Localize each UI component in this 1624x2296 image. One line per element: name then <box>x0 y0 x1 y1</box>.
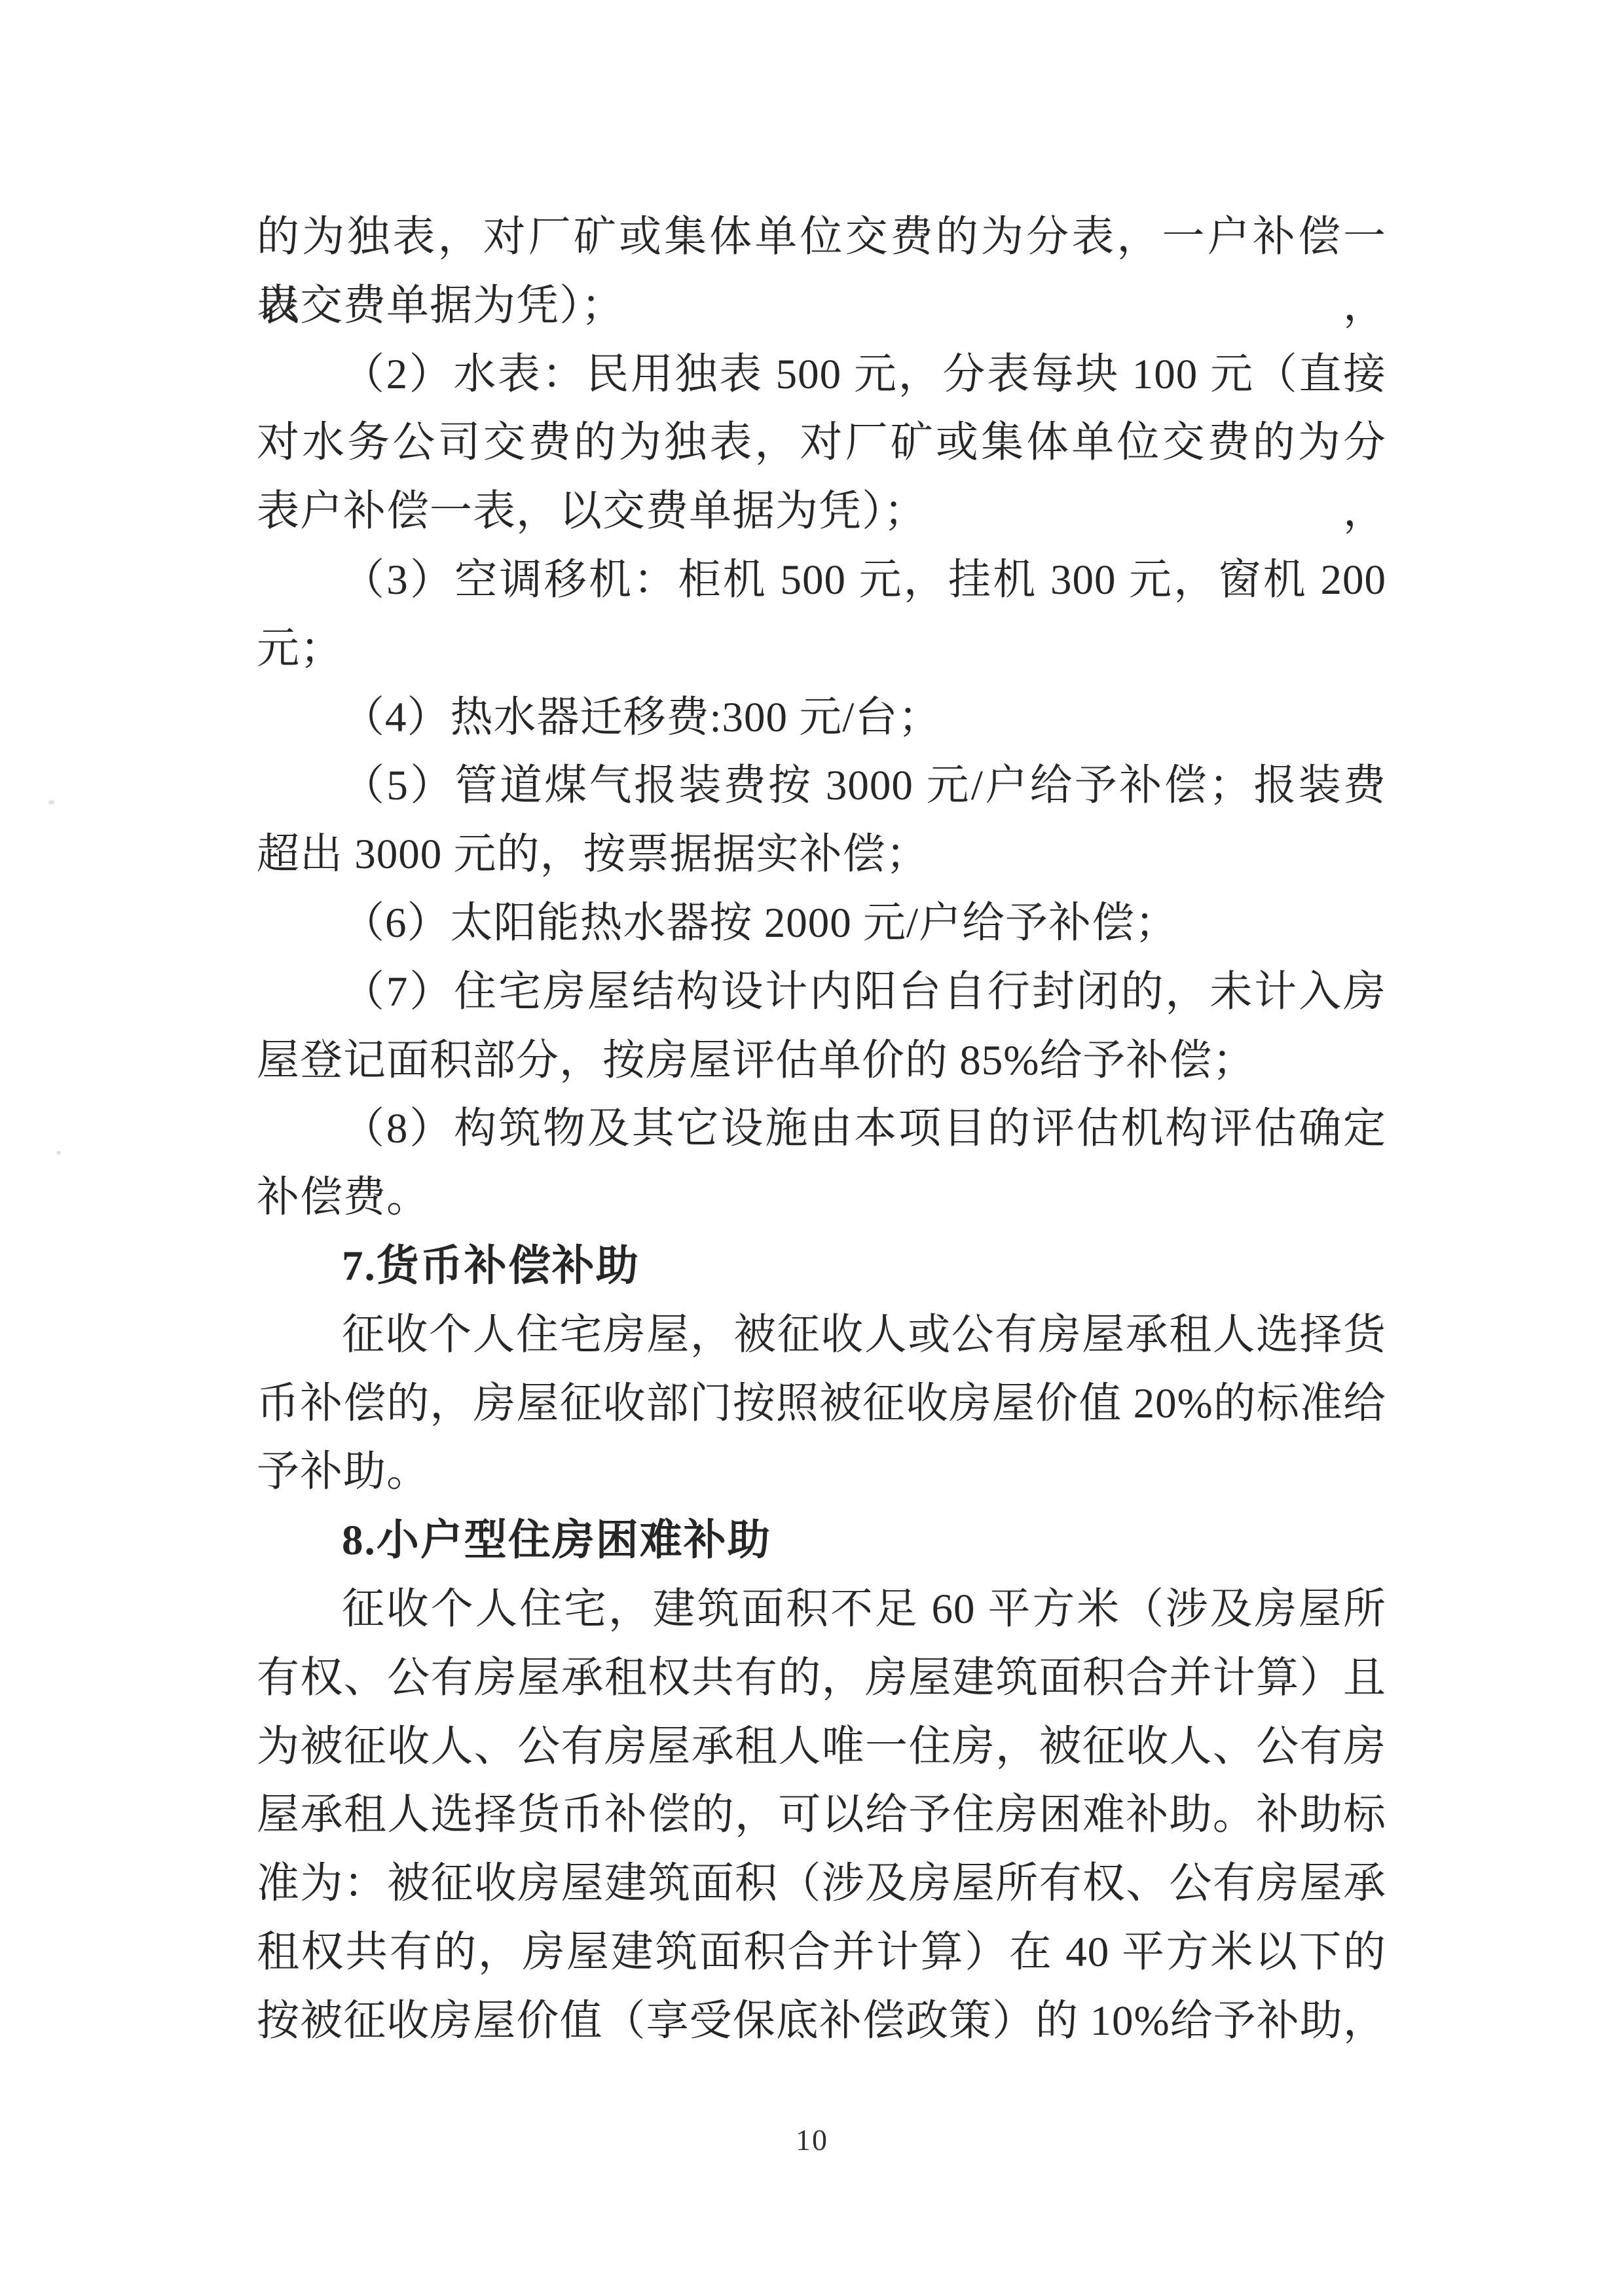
text-line: 征收个人住宅，建筑面积不足 60 平方米（涉及房屋所 <box>257 1575 1386 1644</box>
text-line: 有权、公有房屋承租权共有的，房屋建筑面积合并计算）且 <box>257 1644 1386 1713</box>
text-line: 币补偿的，房屋征收部门按照被征收房屋价值 20%的标准给 <box>257 1370 1386 1438</box>
text-line-item-6: （6）太阳能热水器按 2000 元/户给予补偿； <box>257 889 1386 958</box>
document-page: 的为独表，对厂矿或集体单位交费的为分表，一户补偿一表， 以交费单据为凭）； （2… <box>0 0 1624 2296</box>
text-line: 的为独表，对厂矿或集体单位交费的为分表，一户补偿一表， <box>257 203 1386 272</box>
scan-speck <box>56 1151 61 1155</box>
text-line-item-2: （2）水表：民用独表 500 元，分表每块 100 元（直接 <box>257 340 1386 409</box>
section-heading-8: 8.小户型住房困难补助 <box>257 1506 1386 1575</box>
text-line: 屋登记面积部分，按房屋评估单价的 85%给予补偿； <box>257 1027 1386 1095</box>
scan-speck <box>48 800 54 805</box>
text-line-item-4: （4）热水器迁移费:300 元/台； <box>257 683 1386 752</box>
text-line: 超出 3000 元的，按票据据实补偿； <box>257 820 1386 889</box>
text-line: 补偿费。 <box>257 1163 1386 1232</box>
text-line: 租权共有的，房屋建筑面积合并计算）在 40 平方米以下的 <box>257 1918 1386 1987</box>
text-line: 按被征收房屋价值（享受保底补偿政策）的 10%给予补助， <box>257 1987 1386 2056</box>
text-line: 征收个人住宅房屋，被征收人或公有房屋承租人选择货 <box>257 1301 1386 1370</box>
text-line: 对水务公司交费的为独表，对厂矿或集体单位交费的为分表， <box>257 409 1386 477</box>
document-text-block: 的为独表，对厂矿或集体单位交费的为分表，一户补偿一表， 以交费单据为凭）； （2… <box>257 203 1386 2056</box>
text-line: 为被征收人、公有房屋承租人唯一住房，被征收人、公有房 <box>257 1713 1386 1781</box>
text-line-item-5: （5）管道煤气报装费按 3000 元/户给予补偿；报装费 <box>257 752 1386 820</box>
text-line: 元； <box>257 615 1386 683</box>
page-number: 10 <box>0 2123 1624 2157</box>
text-line: 屋承租人选择货币补偿的，可以给予住房困难补助。补助标 <box>257 1781 1386 1850</box>
text-line-item-7: （7）住宅房屋结构设计内阳台自行封闭的，未计入房 <box>257 958 1386 1027</box>
text-line-item-8: （8）构筑物及其它设施由本项目的评估机构评估确定 <box>257 1095 1386 1163</box>
text-line: 予补助。 <box>257 1438 1386 1506</box>
text-line-item-3: （3）空调移机：柜机 500 元，挂机 300 元，窗机 200 <box>257 546 1386 615</box>
section-heading-7: 7.货币补偿补助 <box>257 1232 1386 1301</box>
text-line: 准为：被征收房屋建筑面积（涉及房屋所有权、公有房屋承 <box>257 1850 1386 1918</box>
